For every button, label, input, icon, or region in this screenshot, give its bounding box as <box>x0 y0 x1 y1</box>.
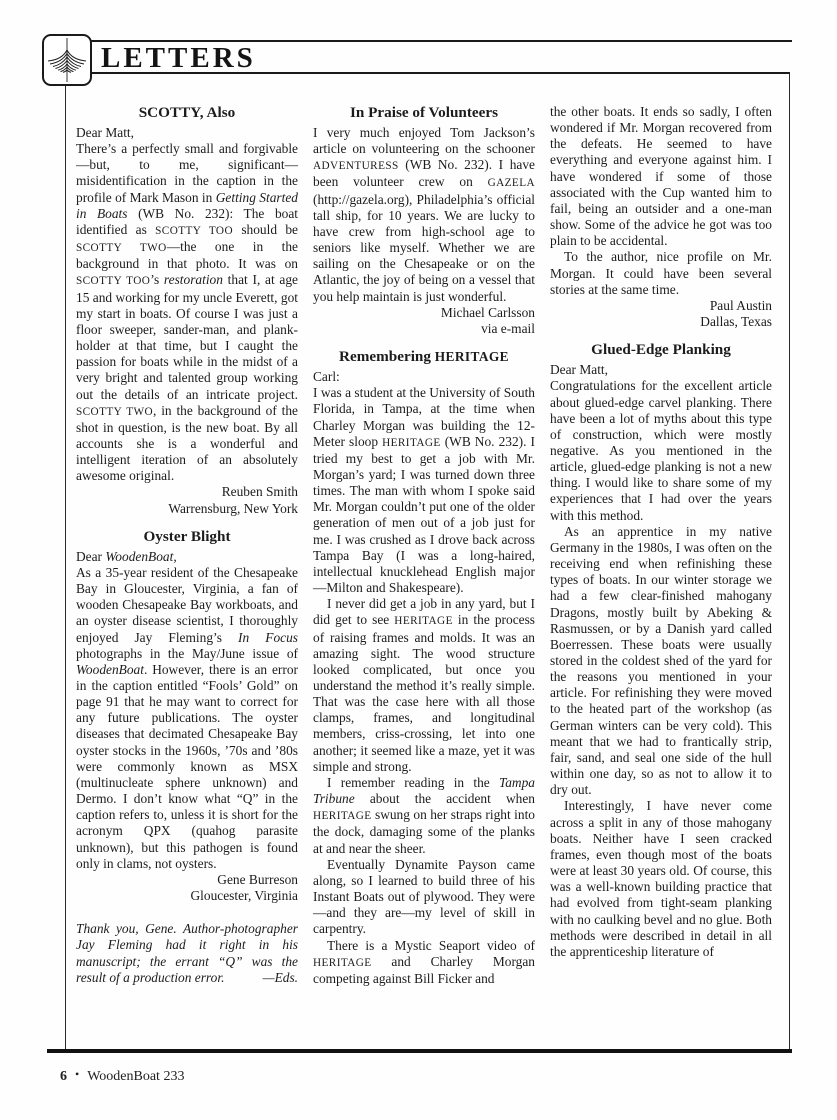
signature-place: Warrensburg, New York <box>76 501 298 517</box>
letter-paragraph: I was a student at the University of Sou… <box>313 385 535 596</box>
signature-place: Gloucester, Virginia <box>76 888 298 904</box>
letter-paragraph: Eventually Dynamite Payson came along, s… <box>313 857 535 938</box>
letter-heading-oyster: Oyster Blight <box>76 528 298 546</box>
letter-paragraph: To the author, nice profile on Mr. Morga… <box>550 249 772 297</box>
magazine-page: LETTERS SCOTTY, Also Dear Matt, There’s … <box>0 0 837 1120</box>
signature: Gene Burreson Gloucester, Virginia <box>76 872 298 904</box>
letter-paragraph: I never did get a job in any yard, but I… <box>313 596 535 775</box>
salutation: Dear WoodenBoat, <box>76 549 298 565</box>
letter-paragraph: As an apprentice in my native Germany in… <box>550 524 772 799</box>
page-number: 6 <box>60 1069 67 1084</box>
signature: Reuben Smith Warrensburg, New York <box>76 484 298 516</box>
signature-name: Paul Austin <box>550 298 772 314</box>
letter-heading-scotty: SCOTTY, Also <box>76 104 298 122</box>
salutation: Carl: <box>313 369 535 385</box>
signature: Paul Austin Dallas, Texas <box>550 298 772 330</box>
letter-body: I very much enjoyed Tom Jackson’s articl… <box>313 125 535 305</box>
editors-note: Thank you, Gene. Author-photographer Jay… <box>76 921 298 986</box>
page-footer: 6•WoodenBoat 233 <box>60 1069 184 1085</box>
hull-lines-icon <box>44 36 90 84</box>
letter-paragraph: I remember reading in the Tampa Tribune … <box>313 775 535 857</box>
signature-name: Reuben Smith <box>76 484 298 500</box>
signature-name: Michael Carlsson <box>313 305 535 321</box>
column-3: the other boats. It ends so sadly, I oft… <box>550 104 772 1050</box>
letter-heading-planking: Glued-Edge Planking <box>550 341 772 359</box>
signature-name: Gene Burreson <box>76 872 298 888</box>
editors-signature: —Eds. <box>263 970 298 986</box>
letter-body: There’s a perfectly small and forgivable… <box>76 141 298 484</box>
signature-place: via e-mail <box>313 321 535 337</box>
letter-heading-heritage: Remembering HERITAGE <box>313 348 535 366</box>
footer-bullet: • <box>75 1067 79 1081</box>
letter-paragraph-continued: the other boats. It ends so sadly, I oft… <box>550 104 772 249</box>
salutation: Dear Matt, <box>76 125 298 141</box>
signature: Michael Carlsson via e-mail <box>313 305 535 337</box>
letter-paragraph: There is a Mystic Seaport video of HERIT… <box>313 938 535 987</box>
bottom-rule <box>47 1049 792 1053</box>
signature-place: Dallas, Texas <box>550 314 772 330</box>
letter-paragraph: Congratulations for the excellent articl… <box>550 378 772 523</box>
letter-paragraph: Interestingly, I have never come across … <box>550 798 772 960</box>
woodenboat-logo <box>42 34 92 86</box>
letter-body: As a 35-year resident of the Chesapeake … <box>76 565 298 872</box>
letters-frame: SCOTTY, Also Dear Matt, There’s a perfec… <box>65 72 790 1050</box>
column-1: SCOTTY, Also Dear Matt, There’s a perfec… <box>76 104 298 1050</box>
salutation: Dear Matt, <box>550 362 772 378</box>
publication-name: WoodenBoat 233 <box>87 1069 184 1084</box>
letter-heading-volunteers: In Praise of Volunteers <box>313 104 535 122</box>
page-title: LETTERS <box>101 42 256 75</box>
column-2: In Praise of Volunteers I very much enjo… <box>313 104 535 1050</box>
